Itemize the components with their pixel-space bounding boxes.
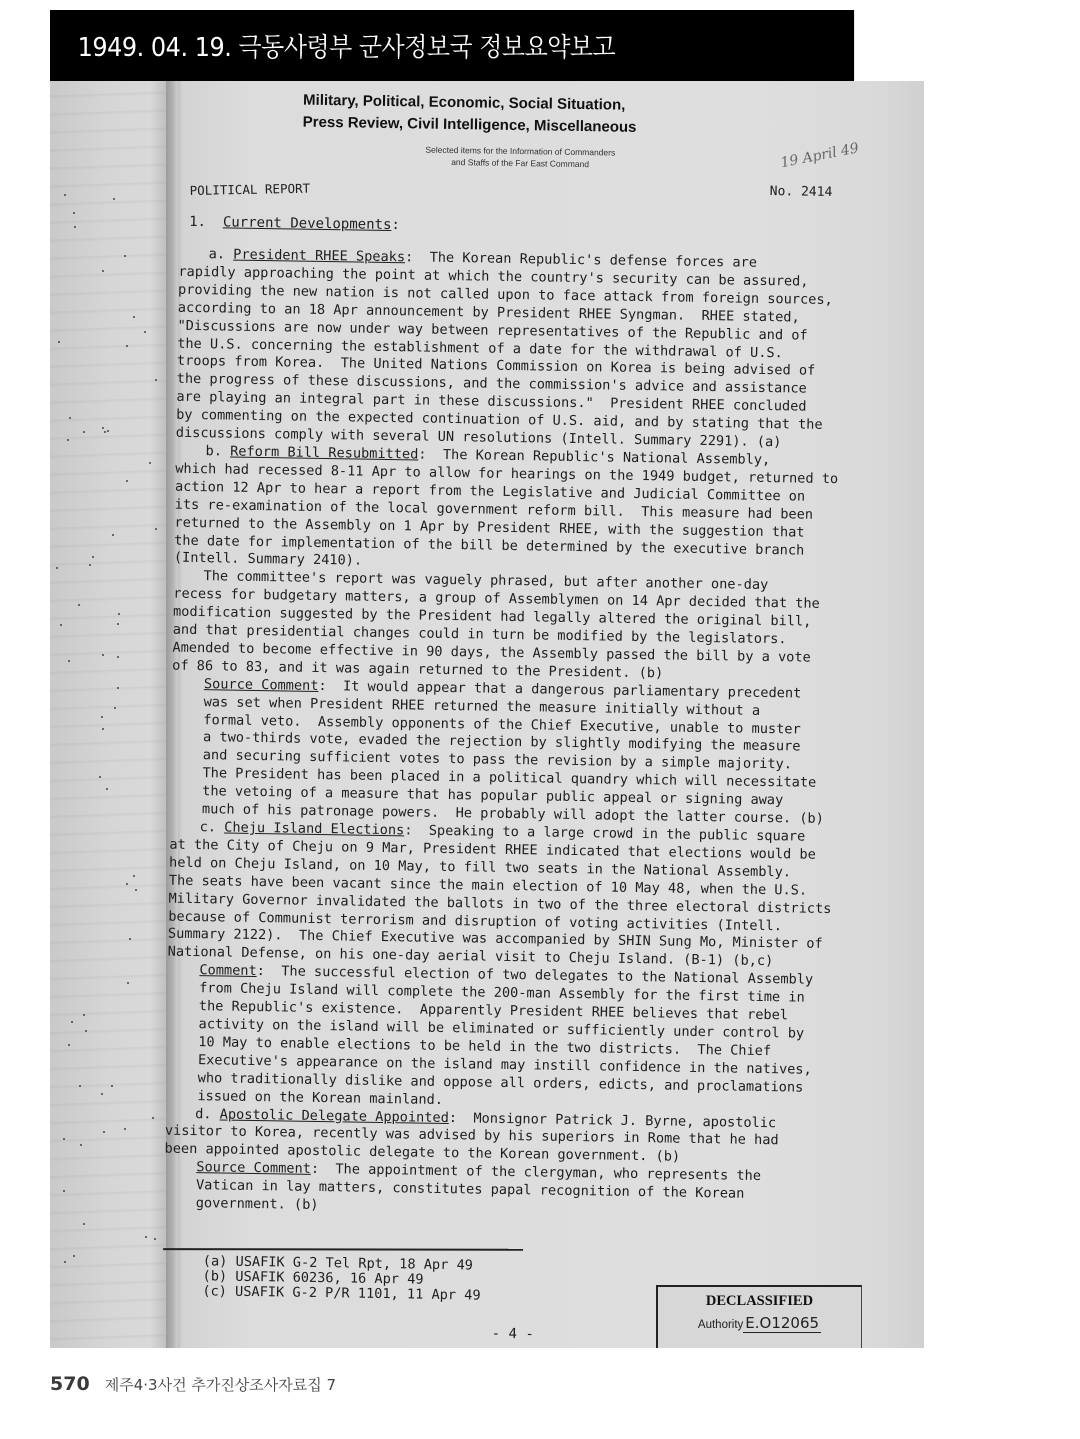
footer-publication-title: 제주4·3사건 추가진상조사자료집 7 xyxy=(105,1376,336,1394)
page-title: 1949. 04. 19. 극동사령부 군사정보국 정보요약보고 xyxy=(78,27,616,64)
section-colon: : xyxy=(391,217,400,233)
scan-speck xyxy=(133,316,135,318)
scan-speck xyxy=(149,462,151,464)
scan-speck xyxy=(80,1144,82,1146)
comment-label: Source Comment xyxy=(196,1159,311,1177)
document-page: Military, Political, Economic, Social Si… xyxy=(162,81,902,1348)
item-heading: President RHEE Speaks xyxy=(233,247,405,266)
scan-speck xyxy=(135,889,137,891)
comment-label: Source Comment xyxy=(204,676,319,694)
footnote: (c) USAFIK G-2 P/R 1101, 11 Apr 49 xyxy=(202,1284,480,1303)
scan-speck xyxy=(144,331,146,333)
report-number: No. 2414 xyxy=(770,183,833,202)
report-label: POLITICAL REPORT xyxy=(190,180,311,200)
scan-speck xyxy=(73,212,75,214)
item-heading: Reform Bill Resubmitted xyxy=(230,444,418,463)
scan-speck xyxy=(78,604,80,606)
page-title-bar: 1949. 04. 19. 극동사령부 군사정보국 정보요약보고 xyxy=(50,10,854,81)
item-heading: Cheju Island Elections xyxy=(224,819,404,838)
scan-speck xyxy=(74,226,76,228)
scan-speck xyxy=(68,1044,70,1046)
scan-speck xyxy=(117,687,119,689)
scan-speck xyxy=(64,194,66,196)
stamp-title: DECLASSIFIED xyxy=(658,1293,861,1310)
scan-speck xyxy=(68,660,70,662)
authority-label: Authority xyxy=(698,1319,743,1331)
subhead: Selected items for the Information of Co… xyxy=(370,143,670,172)
handwritten-date: 19 April 49 xyxy=(779,140,860,173)
publication-footer: 570 제주4·3사건 추가진상조사자료집 7 xyxy=(50,1373,336,1395)
scan-speck xyxy=(102,427,104,429)
scan-speck xyxy=(102,728,104,730)
scanned-document: Military, Political, Economic, Social Si… xyxy=(50,81,924,1348)
facing-page-ghost xyxy=(50,81,168,1348)
section-number: 1. xyxy=(189,214,206,230)
scan-speck xyxy=(103,1131,105,1133)
stamp-authority: AuthorityE.O12065 xyxy=(658,1314,861,1332)
scan-speck xyxy=(79,1085,81,1087)
scan-speck xyxy=(58,341,60,343)
authority-value: E.O12065 xyxy=(743,1314,821,1333)
item-heading: Apostolic Delegate Appointed xyxy=(220,1106,449,1126)
scan-speck xyxy=(92,556,94,558)
scan-speck xyxy=(117,656,119,658)
masthead: Military, Political, Economic, Social Si… xyxy=(303,90,704,140)
scan-speck xyxy=(126,480,128,482)
scan-speck xyxy=(126,345,128,347)
scan-speck xyxy=(114,707,116,709)
document-body: a. President RHEE Speaks: The Korean Rep… xyxy=(164,246,879,1224)
document-page-number: - 4 - xyxy=(492,1326,534,1345)
scan-speck xyxy=(117,623,119,625)
scan-speck xyxy=(154,1238,156,1240)
footnote-divider xyxy=(163,1248,523,1251)
scan-speck xyxy=(113,198,115,200)
scan-speck xyxy=(56,567,58,569)
section-title: Current Developments xyxy=(223,214,392,233)
comment-label: Comment xyxy=(199,962,257,979)
scan-speck xyxy=(127,982,129,984)
declassified-stamp: DECLASSIFIED AuthorityE.O12065 xyxy=(656,1285,862,1348)
section-heading: 1. Current Developments: xyxy=(189,214,400,235)
footnotes: (a) USAFIK G-2 Tel Rpt, 18 Apr 49(b) USA… xyxy=(202,1254,481,1303)
footer-page-number: 570 xyxy=(50,1373,90,1395)
